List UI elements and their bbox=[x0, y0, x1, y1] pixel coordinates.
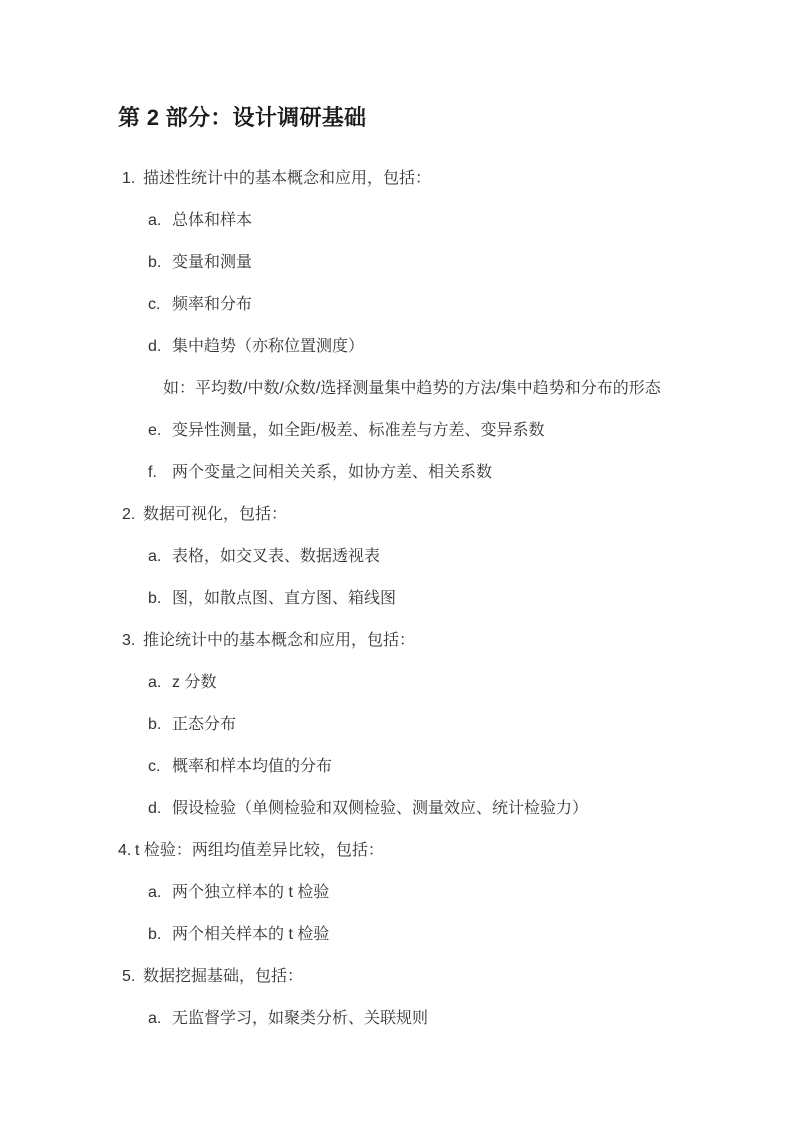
subitem-text: 总体和样本 bbox=[172, 209, 724, 233]
subitem-text: 两个变量之间相关关系，如协方差、相关系数 bbox=[172, 461, 724, 485]
subitem-text: 变异性测量，如全距/极差、标准差与方差、变异系数 bbox=[172, 419, 724, 443]
outline-item-4: 4. t 检验：两组均值差异比较，包括： bbox=[118, 839, 724, 863]
subitem-text: z 分数 bbox=[172, 671, 724, 695]
subitem-letter: c. bbox=[148, 293, 172, 317]
subitem-text: 正态分布 bbox=[172, 713, 724, 737]
outline-subitem-1c: c. 频率和分布 bbox=[148, 293, 724, 317]
outline-subitem-1d: d. 集中趋势（亦称位置测度） bbox=[148, 335, 724, 359]
outline-subitem-4b: b. 两个相关样本的 t 检验 bbox=[148, 923, 724, 947]
item-text: 数据挖掘基础，包括： bbox=[143, 965, 724, 989]
outline-item-5: 5. 数据挖掘基础，包括： bbox=[122, 965, 724, 989]
subitem-letter: b. bbox=[148, 923, 172, 947]
document-content: 第 2 部分：设计调研基础 1. 描述性统计中的基本概念和应用，包括： a. 总… bbox=[0, 0, 794, 1031]
item-number: 2. bbox=[122, 503, 143, 527]
item-number: 5. bbox=[122, 965, 143, 989]
subitem-letter: d. bbox=[148, 797, 172, 821]
outline-subitem-2b: b. 图，如散点图、直方图、箱线图 bbox=[148, 587, 724, 611]
item-number: 1. bbox=[122, 167, 143, 191]
outline-item-2: 2. 数据可视化，包括： bbox=[122, 503, 724, 527]
outline-subitem-3c: c. 概率和样本均值的分布 bbox=[148, 755, 724, 779]
subitem-text: 频率和分布 bbox=[172, 293, 724, 317]
outline-subitem-3d: d. 假设检验（单侧检验和双侧检验、测量效应、统计检验力） bbox=[148, 797, 724, 821]
outline-subitem-1d-note: 如：平均数/中数/众数/选择测量集中趋势的方法/集中趋势和分布的形态 bbox=[163, 377, 724, 401]
subitem-text: 无监督学习，如聚类分析、关联规则 bbox=[172, 1007, 724, 1031]
outline-subitem-1b: b. 变量和测量 bbox=[148, 251, 724, 275]
item-number: 3. bbox=[122, 629, 143, 653]
outline-subitem-1f: f. 两个变量之间相关关系，如协方差、相关系数 bbox=[148, 461, 724, 485]
subitem-letter: a. bbox=[148, 209, 172, 233]
subitem-letter: b. bbox=[148, 251, 172, 275]
item-number: 4. bbox=[118, 839, 135, 863]
item-text: t 检验：两组均值差异比较，包括： bbox=[135, 839, 724, 863]
item-text: 描述性统计中的基本概念和应用，包括： bbox=[143, 167, 724, 191]
subitem-text: 假设检验（单侧检验和双侧检验、测量效应、统计检验力） bbox=[172, 797, 724, 821]
subitem-letter: a. bbox=[148, 881, 172, 905]
outline-subitem-3a: a. z 分数 bbox=[148, 671, 724, 695]
subitem-letter: b. bbox=[148, 713, 172, 737]
outline-subitem-5a: a. 无监督学习，如聚类分析、关联规则 bbox=[148, 1007, 724, 1031]
subitem-letter: a. bbox=[148, 545, 172, 569]
outline-subitem-1e: e. 变异性测量，如全距/极差、标准差与方差、变异系数 bbox=[148, 419, 724, 443]
subitem-letter: d. bbox=[148, 335, 172, 359]
subitem-text: 表格，如交叉表、数据透视表 bbox=[172, 545, 724, 569]
subitem-letter: a. bbox=[148, 1007, 172, 1031]
section-title: 第 2 部分：设计调研基础 bbox=[118, 103, 724, 132]
subitem-letter: e. bbox=[148, 419, 172, 443]
outline-subitem-4a: a. 两个独立样本的 t 检验 bbox=[148, 881, 724, 905]
document-page: 第 2 部分：设计调研基础 1. 描述性统计中的基本概念和应用，包括： a. 总… bbox=[0, 0, 794, 1123]
subitem-text: 概率和样本均值的分布 bbox=[172, 755, 724, 779]
outline-subitem-1a: a. 总体和样本 bbox=[148, 209, 724, 233]
outline-subitem-2a: a. 表格，如交叉表、数据透视表 bbox=[148, 545, 724, 569]
subitem-letter: f. bbox=[148, 461, 172, 485]
subitem-text: 图，如散点图、直方图、箱线图 bbox=[172, 587, 724, 611]
subitem-text: 两个独立样本的 t 检验 bbox=[172, 881, 724, 905]
subitem-text: 集中趋势（亦称位置测度） bbox=[172, 335, 724, 359]
item-text: 数据可视化，包括： bbox=[143, 503, 724, 527]
subitem-letter: c. bbox=[148, 755, 172, 779]
outline-subitem-3b: b. 正态分布 bbox=[148, 713, 724, 737]
subitem-letter: a. bbox=[148, 671, 172, 695]
outline-item-3: 3. 推论统计中的基本概念和应用，包括： bbox=[122, 629, 724, 653]
outline-item-1: 1. 描述性统计中的基本概念和应用，包括： bbox=[122, 167, 724, 191]
item-text: 推论统计中的基本概念和应用，包括： bbox=[143, 629, 724, 653]
subitem-letter: b. bbox=[148, 587, 172, 611]
subitem-text: 两个相关样本的 t 检验 bbox=[172, 923, 724, 947]
subitem-text: 变量和测量 bbox=[172, 251, 724, 275]
